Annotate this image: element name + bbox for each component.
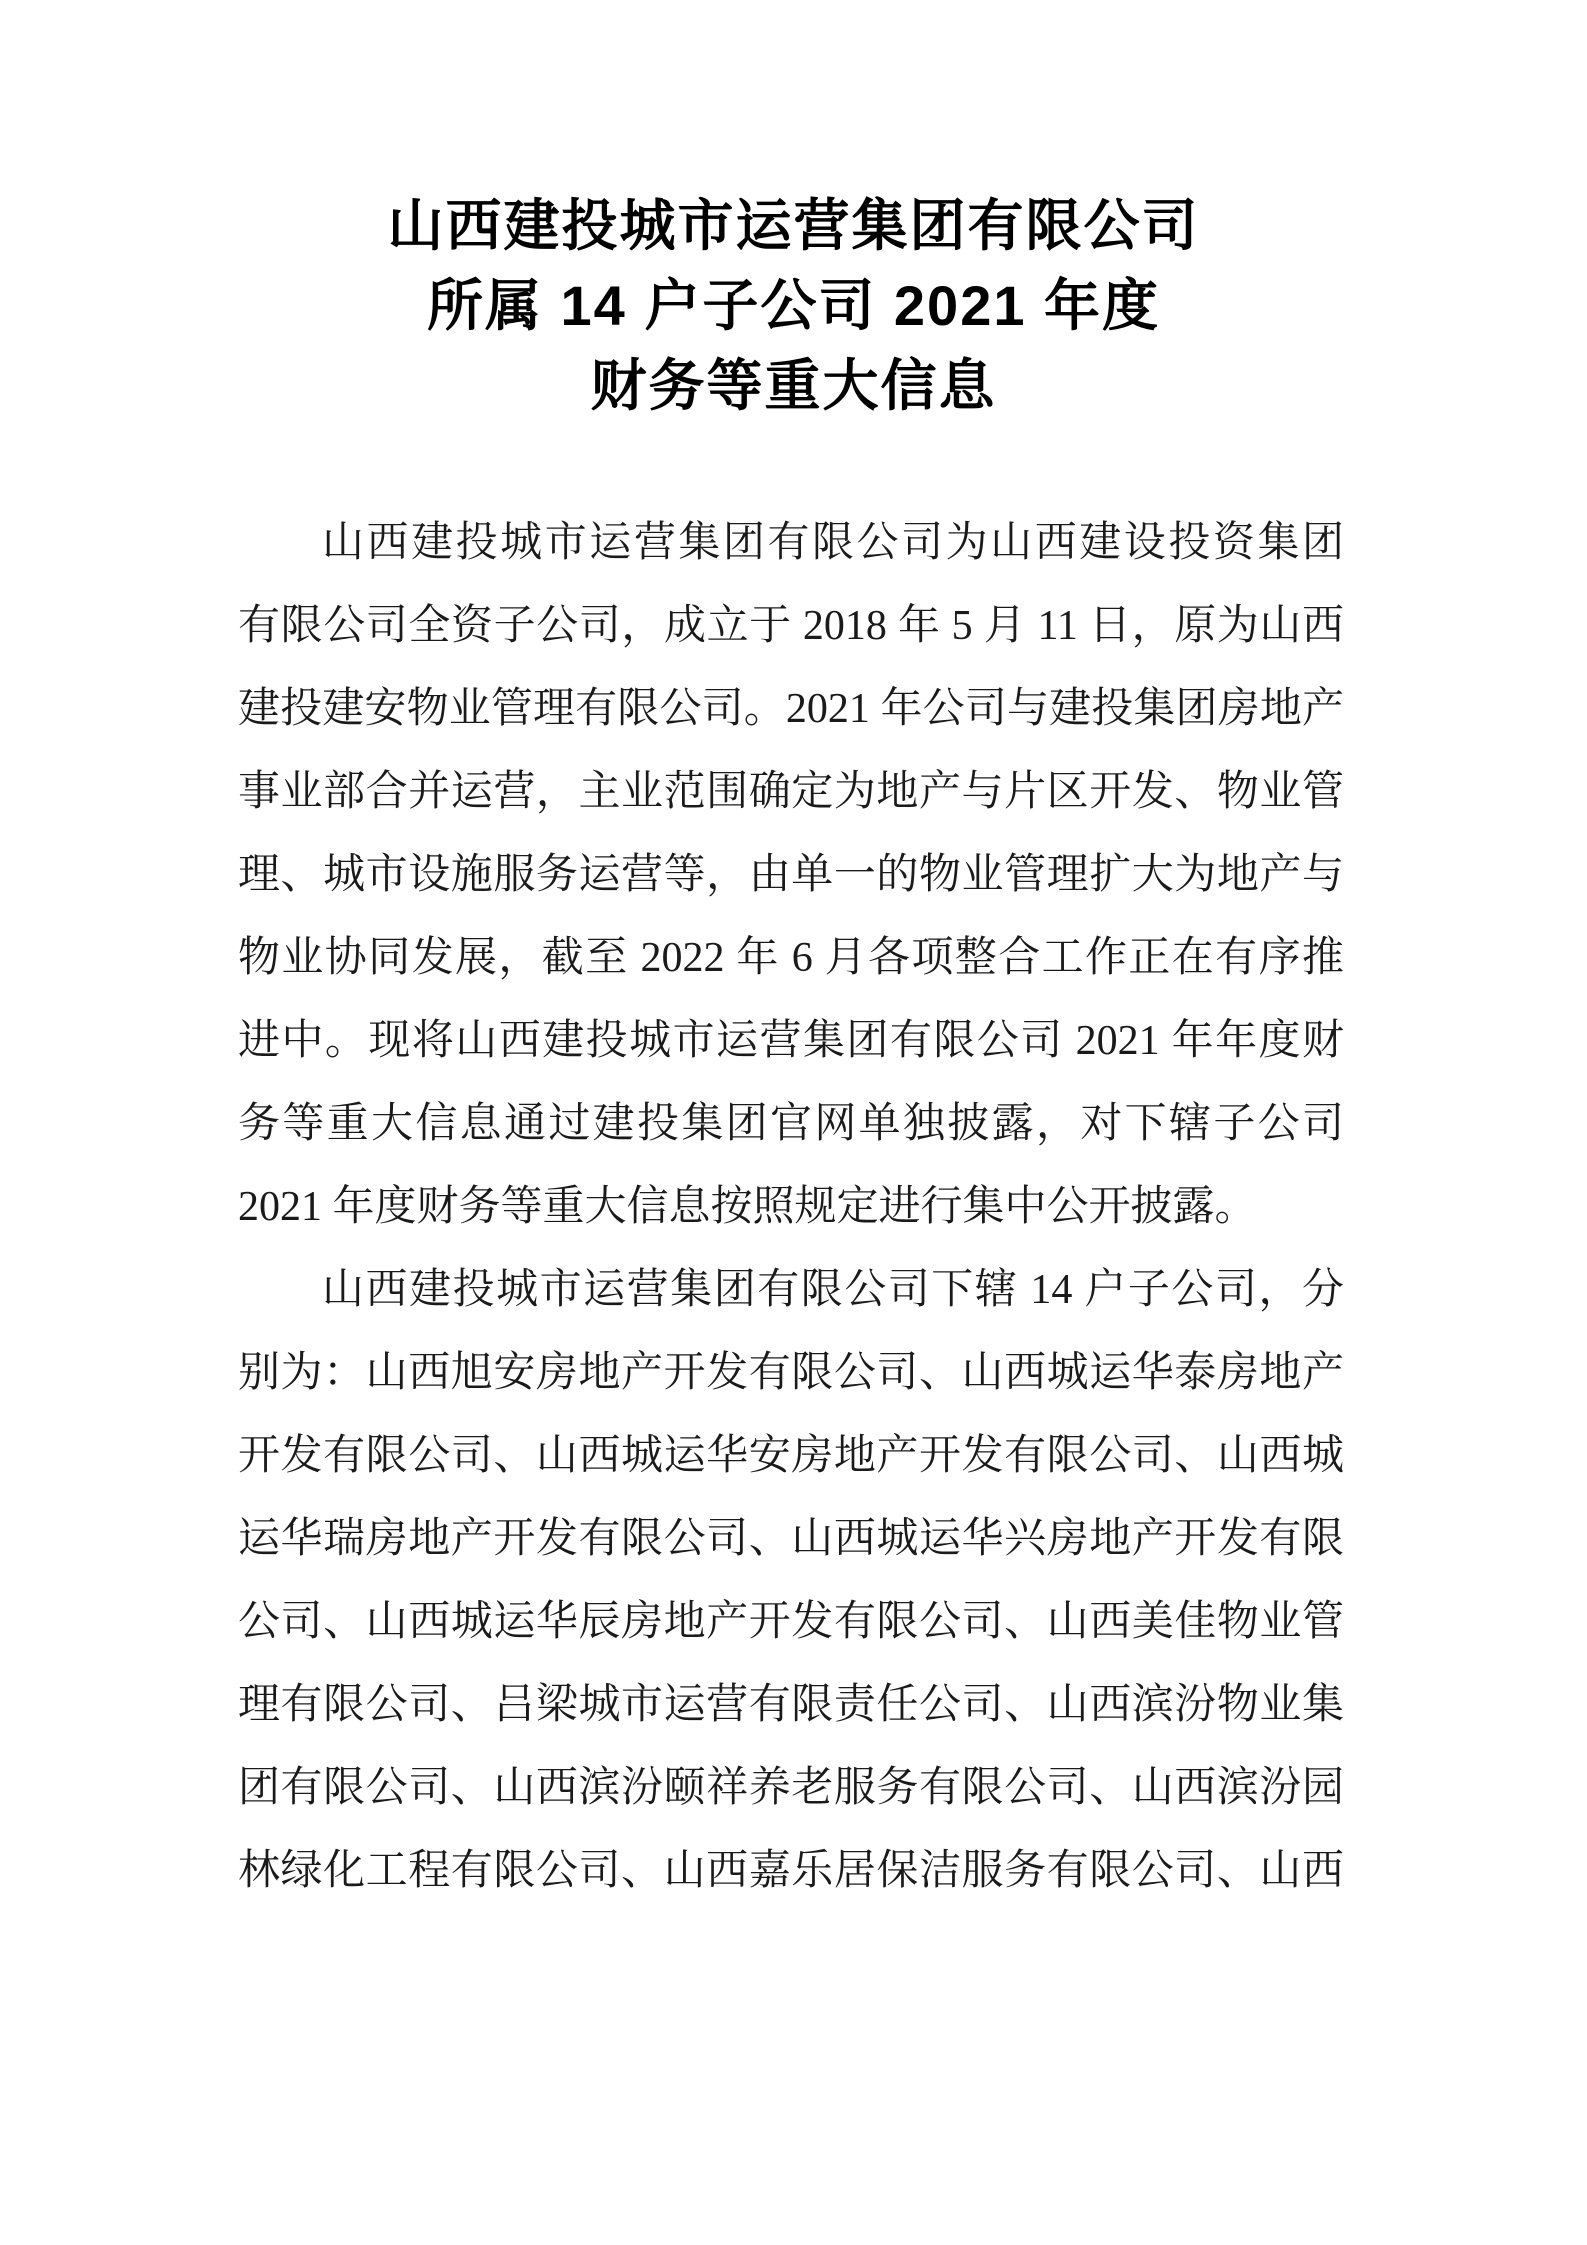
document-title-line-1: 山西建投城市运营集团有限公司 [0,186,1587,266]
document-title-line-3: 财务等重大信息 [0,346,1587,426]
paragraph-subsidiaries: 山西建投城市运营集团有限公司下辖 14 户子公司，分 别为：山西旭安房地产开发有… [238,1249,1344,1913]
text-line: 理有限公司、吕梁城市运营有限责任公司、山西滨汾物业集 [238,1664,1344,1747]
document-title: 山西建投城市运营集团有限公司 所属 14 户子公司 2021 年度 财务等重大信… [0,186,1587,426]
document-title-line-2: 所属 14 户子公司 2021 年度 [0,266,1587,346]
text-line: 进中。现将山西建投城市运营集团有限公司 2021 年年度财 [238,1000,1344,1083]
text-line: 务等重大信息通过建投集团官网单独披露，对下辖子公司 [238,1083,1344,1166]
document-body: 山西建投城市运营集团有限公司为山西建设投资集团 有限公司全资子公司，成立于 20… [238,502,1344,1913]
text-line: 别为：山西旭安房地产开发有限公司、山西城运华泰房地产 [238,1332,1344,1415]
text-line: 林绿化工程有限公司、山西嘉乐居保洁服务有限公司、山西 [238,1830,1344,1913]
text-line: 事业部合并运营，主业范围确定为地产与片区开发、物业管 [238,751,1344,834]
paragraph-intro: 山西建投城市运营集团有限公司为山西建设投资集团 有限公司全资子公司，成立于 20… [238,502,1344,1249]
text-line: 2021 年度财务等重大信息按照规定进行集中公开披露。 [238,1166,1344,1249]
text-line: 山西建投城市运营集团有限公司为山西建设投资集团 [238,502,1344,585]
text-line: 团有限公司、山西滨汾颐祥养老服务有限公司、山西滨汾园 [238,1747,1344,1830]
document-page: 山西建投城市运营集团有限公司 所属 14 户子公司 2021 年度 财务等重大信… [0,0,1587,2245]
text-line: 公司、山西城运华辰房地产开发有限公司、山西美佳物业管 [238,1581,1344,1664]
text-line: 物业协同发展，截至 2022 年 6 月各项整合工作正在有序推 [238,917,1344,1000]
text-line: 运华瑞房地产开发有限公司、山西城运华兴房地产开发有限 [238,1498,1344,1581]
text-line: 建投建安物业管理有限公司。2021 年公司与建投集团房地产 [238,668,1344,751]
text-line: 有限公司全资子公司，成立于 2018 年 5 月 11 日，原为山西 [238,585,1344,668]
text-line: 山西建投城市运营集团有限公司下辖 14 户子公司，分 [238,1249,1344,1332]
text-line: 理、城市设施服务运营等，由单一的物业管理扩大为地产与 [238,834,1344,917]
text-line: 开发有限公司、山西城运华安房地产开发有限公司、山西城 [238,1415,1344,1498]
